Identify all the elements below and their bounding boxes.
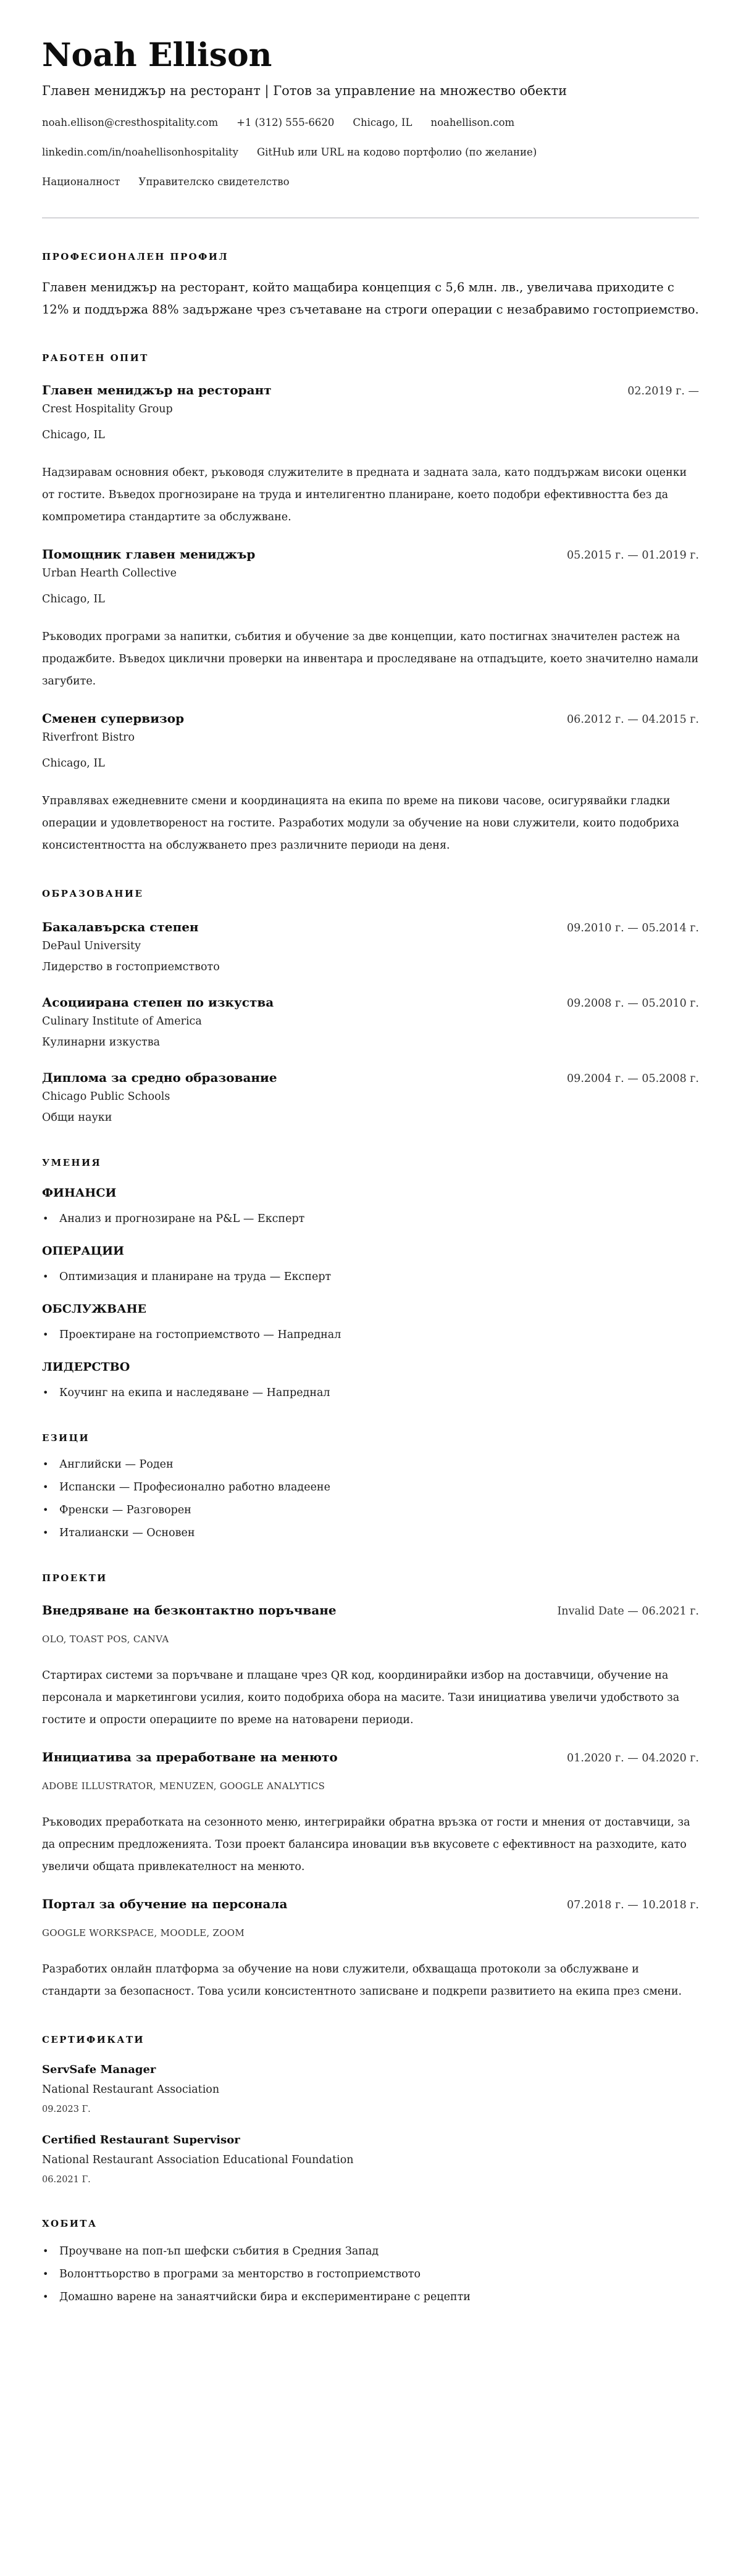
- certification-name: Certified Restaurant Supervisor: [42, 2132, 699, 2148]
- skills-section: УМЕНИЯ ФИНАНСИАнализ и прогнозиране на P…: [42, 1157, 699, 1401]
- project-description: Стартирах системи за поръчване и плащане…: [42, 1664, 699, 1731]
- hobby-item: Домашно варене на занаятчийски бира и ек…: [42, 2289, 699, 2305]
- section-title-languages: ЕЗИЦИ: [42, 1432, 699, 1444]
- job-description: Надзиравам основния обект, ръководя служ…: [42, 462, 699, 528]
- experience-entry: Главен мениджър на ресторант02.2019 г. —…: [42, 381, 699, 528]
- certification-issuer: National Restaurant Association Educatio…: [42, 2152, 699, 2168]
- field-of-study: Общи науки: [42, 1110, 699, 1126]
- skill-item: Анализ и прогнозиране на P&L — Експерт: [42, 1211, 699, 1227]
- education-entry: Асоциирана степен по изкуства09.2008 г. …: [42, 994, 699, 1050]
- candidate-name: Noah Ellison: [42, 36, 699, 75]
- hobby-item: Волонттьорство в програми за менторство …: [42, 2266, 699, 2282]
- entry-header: Инициатива за преработване на менюто01.2…: [42, 1748, 699, 1767]
- summary-text: Главен мениджър на ресторант, който маща…: [42, 276, 699, 321]
- skill-items: Оптимизация и планиране на труда — Експе…: [42, 1269, 699, 1285]
- language-item: Италиански — Основен: [42, 1525, 699, 1541]
- section-title-experience: РАБОТЕН ОПИТ: [42, 352, 699, 364]
- experience-section: РАБОТЕН ОПИТ Главен мениджър на ресторан…: [42, 352, 699, 857]
- contact-email[interactable]: noah.ellison@cresthospitality.com: [42, 117, 218, 128]
- contact-github[interactable]: GitHub или URL на кодово портфолио (по ж…: [257, 146, 537, 158]
- skill-item: Проектиране на гостоприемството — Напред…: [42, 1327, 699, 1343]
- entry-header: Диплома за средно образование09.2004 г. …: [42, 1069, 699, 1087]
- skill-category-title: ОПЕРАЦИИ: [42, 1243, 699, 1259]
- project-entry: Внедряване на безконтактно поръчванеInva…: [42, 1602, 699, 1731]
- entry-header: Асоциирана степен по изкуства09.2008 г. …: [42, 994, 699, 1012]
- job-title: Сменен супервизор: [42, 710, 184, 727]
- languages-section: ЕЗИЦИ Английски — РоденИспански — Профес…: [42, 1432, 699, 1541]
- project-entry: Инициатива за преработване на менюто01.2…: [42, 1748, 699, 1878]
- entry-header: Сменен супервизор06.2012 г. — 04.2015 г.: [42, 710, 699, 728]
- job-dates: 06.2012 г. — 04.2015 г.: [567, 711, 699, 728]
- company-name: Urban Hearth Collective: [42, 565, 699, 581]
- degree-title: Бакалавърска степен: [42, 918, 199, 936]
- project-description: Разработих онлайн платформа за обучение …: [42, 1958, 699, 2003]
- languages-list: Английски — РоденИспански — Професионалн…: [42, 1456, 699, 1541]
- field-of-study: Лидерство в гостоприемството: [42, 959, 699, 975]
- projects-list: Внедряване на безконтактно поръчванеInva…: [42, 1602, 699, 2003]
- school-name: Chicago Public Schools: [42, 1089, 699, 1105]
- experience-list: Главен мениджър на ресторант02.2019 г. —…: [42, 381, 699, 857]
- project-technologies: ADOBE ILLUSTRATOR, MENUZEN, GOOGLE ANALY…: [42, 1779, 699, 1793]
- education-entry: Бакалавърска степен09.2010 г. — 05.2014 …: [42, 918, 699, 975]
- education-entry: Диплома за средно образование09.2004 г. …: [42, 1069, 699, 1126]
- job-description: Управлявах ежедневните смени и координац…: [42, 790, 699, 857]
- entry-header: Главен мениджър на ресторант02.2019 г. —: [42, 381, 699, 400]
- field-of-study: Кулинарни изкуства: [42, 1034, 699, 1050]
- skill-items: Анализ и прогнозиране на P&L — Експерт: [42, 1211, 699, 1227]
- project-dates: 07.2018 г. — 10.2018 г.: [567, 1897, 699, 1914]
- section-title-projects: ПРОЕКТИ: [42, 1572, 699, 1584]
- entry-header: Портал за обучение на персонала07.2018 г…: [42, 1895, 699, 1914]
- certification-date: 06.2021 г.: [42, 2173, 699, 2187]
- hobby-item: Проучване на поп-ъп шефски събития в Сре…: [42, 2243, 699, 2259]
- contact-website[interactable]: noahellison.com: [430, 117, 514, 128]
- skills-list: ФИНАНСИАнализ и прогнозиране на P&L — Ек…: [42, 1185, 699, 1401]
- job-title: Главен мениджър на ресторант: [42, 381, 272, 399]
- certification-name: ServSafe Manager: [42, 2062, 699, 2078]
- job-location: Chicago, IL: [42, 591, 699, 607]
- language-item: Английски — Роден: [42, 1456, 699, 1473]
- entry-header: Внедряване на безконтактно поръчванеInva…: [42, 1602, 699, 1620]
- certification-entry: Certified Restaurant SupervisorNational …: [42, 2132, 699, 2187]
- project-name: Портал за обучение на персонала: [42, 1895, 287, 1913]
- section-title-skills: УМЕНИЯ: [42, 1157, 699, 1169]
- header-divider: [42, 217, 699, 218]
- education-list: Бакалавърска степен09.2010 г. — 05.2014 …: [42, 918, 699, 1126]
- skill-item: Оптимизация и планиране на труда — Експе…: [42, 1269, 699, 1285]
- hobbies-section: ХОБИТА Проучване на поп-ъп шефски събити…: [42, 2217, 699, 2305]
- summary-section: ПРОФЕСИОНАЛЕН ПРОФИЛ Главен мениджър на …: [42, 251, 699, 321]
- school-name: DePaul University: [42, 938, 699, 954]
- education-dates: 09.2010 г. — 05.2014 г.: [567, 920, 699, 937]
- certifications-list: ServSafe ManagerNational Restaurant Asso…: [42, 2062, 699, 2187]
- skill-category-title: ЛИДЕРСТВО: [42, 1359, 699, 1375]
- certification-entry: ServSafe ManagerNational Restaurant Asso…: [42, 2062, 699, 2116]
- company-name: Riverfront Bistro: [42, 729, 699, 746]
- contact-row-primary: noah.ellison@cresthospitality.com+1 (312…: [42, 116, 699, 130]
- contact-location: Chicago, IL: [353, 117, 412, 128]
- contact-row-extra: НационалностУправителско свидетелство: [42, 175, 699, 189]
- entry-header: Помощник главен мениджър05.2015 г. — 01.…: [42, 546, 699, 564]
- skill-category-title: ФИНАНСИ: [42, 1185, 699, 1201]
- certification-date: 09.2023 г.: [42, 2103, 699, 2116]
- project-dates: Invalid Date — 06.2021 г.: [557, 1603, 699, 1620]
- skill-items: Проектиране на гостоприемството — Напред…: [42, 1327, 699, 1343]
- education-section: ОБРАЗОВАНИЕ Бакалавърска степен09.2010 г…: [42, 887, 699, 1126]
- job-dates: 02.2019 г. —: [627, 383, 699, 400]
- section-title-education: ОБРАЗОВАНИЕ: [42, 887, 699, 900]
- experience-entry: Сменен супервизор06.2012 г. — 04.2015 г.…: [42, 710, 699, 857]
- contact-phone[interactable]: +1 (312) 555-6620: [237, 117, 334, 128]
- language-item: Френски — Разговорен: [42, 1502, 699, 1518]
- certification-issuer: National Restaurant Association: [42, 2082, 699, 2098]
- language-item: Испански — Професионално работно владеен…: [42, 1479, 699, 1495]
- job-dates: 05.2015 г. — 01.2019 г.: [567, 547, 699, 564]
- contact-license: Управителско свидетелство: [138, 176, 289, 188]
- job-location: Chicago, IL: [42, 755, 699, 771]
- project-description: Ръководих преработката на сезонното меню…: [42, 1811, 699, 1878]
- resume-header: Noah Ellison Главен мениджър на ресторан…: [42, 36, 699, 189]
- hobbies-list: Проучване на поп-ъп шефски събития в Сре…: [42, 2243, 699, 2305]
- project-name: Инициатива за преработване на менюто: [42, 1748, 338, 1766]
- company-name: Crest Hospitality Group: [42, 401, 699, 417]
- entry-header: Бакалавърска степен09.2010 г. — 05.2014 …: [42, 918, 699, 937]
- skill-category-title: ОБСЛУЖВАНЕ: [42, 1301, 699, 1317]
- project-name: Внедряване на безконтактно поръчване: [42, 1602, 337, 1619]
- school-name: Culinary Institute of America: [42, 1013, 699, 1029]
- contact-nationality: Националност: [42, 176, 120, 188]
- job-location: Chicago, IL: [42, 427, 699, 443]
- skill-items: Коучинг на екипа и наследяване — Напредн…: [42, 1385, 699, 1401]
- section-title-summary: ПРОФЕСИОНАЛЕН ПРОФИЛ: [42, 251, 699, 263]
- project-technologies: OLO, TOAST POS, CANVA: [42, 1632, 699, 1646]
- job-title: Помощник главен мениджър: [42, 546, 255, 563]
- degree-title: Асоциирана степен по изкуства: [42, 994, 274, 1011]
- resume-page: Noah Ellison Главен мениджър на ресторан…: [0, 0, 741, 2342]
- headline: Главен мениджър на ресторант | Готов за …: [42, 81, 699, 100]
- certifications-section: СЕРТИФИКАТИ ServSafe ManagerNational Res…: [42, 2034, 699, 2187]
- project-technologies: GOOGLE WORKSPACE, MOODLE, ZOOM: [42, 1926, 699, 1940]
- job-description: Ръководих програми за напитки, събития и…: [42, 626, 699, 692]
- section-title-hobbies: ХОБИТА: [42, 2217, 699, 2230]
- education-dates: 09.2004 г. — 05.2008 г.: [567, 1070, 699, 1087]
- projects-section: ПРОЕКТИ Внедряване на безконтактно поръч…: [42, 1572, 699, 2003]
- experience-entry: Помощник главен мениджър05.2015 г. — 01.…: [42, 546, 699, 692]
- skill-item: Коучинг на екипа и наследяване — Напредн…: [42, 1385, 699, 1401]
- contact-row-links: linkedin.com/in/noahellisonhospitalityGi…: [42, 146, 699, 159]
- project-entry: Портал за обучение на персонала07.2018 г…: [42, 1895, 699, 2003]
- degree-title: Диплома за средно образование: [42, 1069, 277, 1086]
- section-title-certifications: СЕРТИФИКАТИ: [42, 2034, 699, 2046]
- education-dates: 09.2008 г. — 05.2010 г.: [567, 995, 699, 1012]
- contact-linkedin[interactable]: linkedin.com/in/noahellisonhospitality: [42, 146, 238, 158]
- project-dates: 01.2020 г. — 04.2020 г.: [567, 1750, 699, 1767]
